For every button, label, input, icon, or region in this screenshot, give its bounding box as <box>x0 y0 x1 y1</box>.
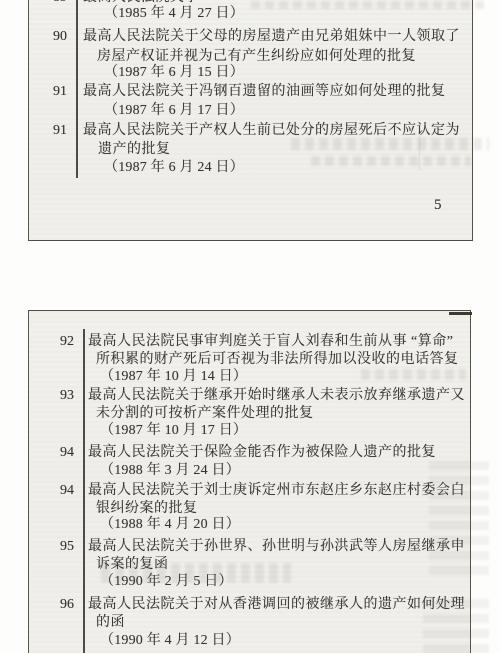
entry-title-line: 的函 <box>96 615 125 631</box>
bleedthrough-artifact <box>251 1 489 9</box>
scanned-document-view: 89 最高人民法院关于 （1985 年 4 月 27 日） 90 最高人民法院关… <box>0 0 500 653</box>
bleedthrough-artifact <box>429 461 489 581</box>
entry-title-line: 最高人民法院民事审判庭关于盲人刘春和生前从事 “算命” <box>88 334 453 350</box>
entry-title-line: 遗产的批复 <box>98 142 171 158</box>
entry-title-line: 所积累的财产死后可否视为非法所得加以没收的电话答复 <box>96 352 459 368</box>
entry-title-line: 最高人民法院关于产权人生前已处分的房屋死后不应认定为 <box>83 123 460 139</box>
entry-date: （1987 年 6 月 15 日） <box>104 65 244 81</box>
entry-number: 89 <box>43 0 67 6</box>
entry-number: 94 <box>50 445 74 461</box>
page-number: 5 <box>434 197 442 213</box>
entry-title-line: 最高人民法院关于继承开始时继承人未表示放弃继承遗产又 <box>88 388 465 404</box>
entry-title-line: 银纠纷案的批复 <box>96 501 198 517</box>
column-divider <box>83 329 85 653</box>
corner-mark <box>449 312 472 315</box>
entry-date: （1987 年 10 月 14 日） <box>100 369 247 385</box>
entry-title-line: 未分割的可按析产案件处理的批复 <box>96 406 314 422</box>
bleedthrough-artifact <box>419 136 420 170</box>
entry-number: 92 <box>50 334 74 350</box>
entry-date: （1985 年 4 月 27 日） <box>104 6 244 22</box>
entry-number: 95 <box>50 539 74 555</box>
entry-date: （1988 年 3 月 24 日） <box>100 463 240 479</box>
entry-number: 91 <box>43 84 67 100</box>
entry-title-line: 最高人民法院关于父母的房屋遗产由兄弟姐妹中一人领取了 <box>83 29 460 45</box>
entry-title-line: 最高人民法院关于对从香港调回的被继承人的遗产如何处理 <box>88 597 465 613</box>
entry-title-line: 房屋产权证并视为己有产生纠纷应如何处理的批复 <box>97 49 416 65</box>
column-divider <box>76 0 78 178</box>
entry-number: 96 <box>50 597 74 613</box>
entry-title-line: 最高人民法院关于刘士庚诉定州市东赵庄乡东赵庄村委会白 <box>88 483 465 499</box>
entry-number: 91 <box>43 123 67 139</box>
entry-title-line: 最高人民法院关于冯钢百遗留的油画等应如何处理的批复 <box>83 84 446 100</box>
entry-number: 93 <box>50 388 74 404</box>
entry-number: 94 <box>50 483 74 499</box>
page-fragment-bottom: 92 最高人民法院民事审判庭关于盲人刘春和生前从事 “算命” 所积累的财产死后可… <box>28 310 471 653</box>
entry-date: （1990 年 4 月 12 日） <box>100 633 240 649</box>
entry-title-line: 最高人民法院关于保险金能否作为被保险人遗产的批复 <box>88 445 436 461</box>
entry-title-line: 最高人民法院关于孙世界、孙世明与孙洪武等人房屋继承申 <box>88 539 465 555</box>
entry-title-line: 诉案的复函 <box>96 557 169 573</box>
entry-date: （1988 年 4 月 20 日） <box>100 517 240 533</box>
entry-date: （1987 年 10 月 17 日） <box>100 423 247 439</box>
entry-date: （1987 年 6 月 24 日） <box>104 160 244 176</box>
bleedthrough-artifact <box>311 156 471 166</box>
entry-date: （1987 年 6 月 17 日） <box>104 103 244 119</box>
entry-date: （1990 年 2 月 5 日） <box>100 574 233 590</box>
entry-number: 90 <box>43 29 67 45</box>
bleedthrough-artifact <box>291 138 489 150</box>
page-fragment-top: 89 最高人民法院关于 （1985 年 4 月 27 日） 90 最高人民法院关… <box>28 0 473 241</box>
bleedthrough-artifact <box>361 369 466 380</box>
